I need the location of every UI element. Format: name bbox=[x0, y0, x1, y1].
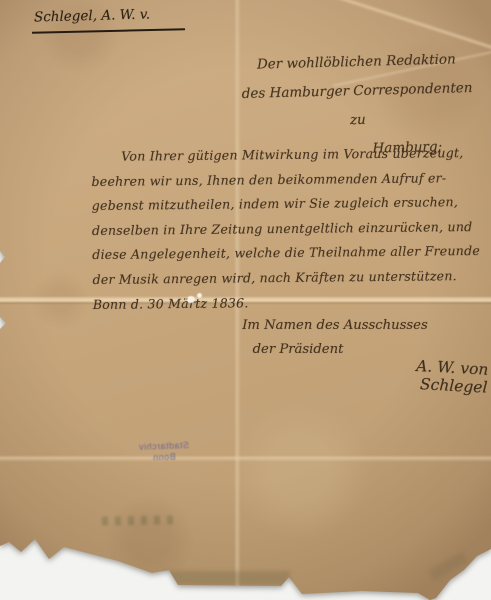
date-line: Bonn d. 30 Märtz 1836. bbox=[93, 289, 471, 318]
body-line: gebenst mitzutheilen, indem wir Sie zugl… bbox=[92, 190, 470, 219]
archival-note: Schlegel, A. W. v. bbox=[34, 6, 150, 25]
archival-note-underline bbox=[32, 28, 185, 34]
signature: A. W. von Schlegel bbox=[345, 353, 489, 396]
stamp-line: Bonn bbox=[121, 450, 207, 464]
aged-paper: Schlegel, A. W. v. Der wohllöblichen Red… bbox=[0, 0, 491, 600]
body-line: der Musik anregen wird, nach Kräften zu … bbox=[92, 264, 470, 293]
letter-body: Von Ihrer gütigen Mitwirkung im Voraus ü… bbox=[91, 141, 471, 317]
closing-line: Im Namen des Ausschusses bbox=[222, 318, 448, 333]
address-line: des Hamburger Correspondenten zu bbox=[239, 74, 475, 138]
torn-edge-shadow bbox=[165, 571, 290, 585]
scan-background: Schlegel, A. W. v. Der wohllöblichen Red… bbox=[0, 0, 491, 600]
torn-edge-shadow bbox=[428, 551, 469, 581]
horizontal-fold-crease-lower bbox=[0, 455, 491, 462]
paper-damage-spot bbox=[187, 296, 195, 303]
bleed-through-mark bbox=[102, 515, 176, 525]
archive-stamp-mirrored: Stadtarchiv Bonn bbox=[121, 440, 208, 465]
letter-sheet: Schlegel, A. W. v. Der wohllöblichen Red… bbox=[0, 0, 491, 600]
body-line: Von Ihrer gütigen Mitwirkung im Voraus ü… bbox=[91, 141, 469, 170]
paper-damage-spot bbox=[197, 293, 202, 298]
